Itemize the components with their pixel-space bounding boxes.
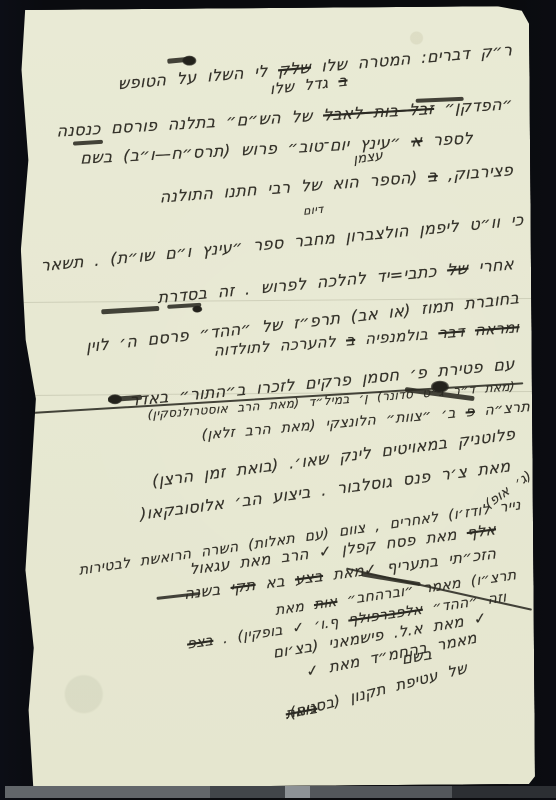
ink-blot: [182, 56, 196, 66]
handwriting-text: [465, 322, 475, 341]
ruler-segment: [452, 786, 556, 798]
crossed-out-word: דבר: [438, 322, 465, 342]
fold-creases: [17, 6, 529, 10]
ruler-segment: [210, 786, 285, 798]
ruler-segment: [310, 786, 452, 798]
handwriting-line: בואת: [218, 702, 318, 735]
handwriting-text: תרצ״ה: [475, 399, 530, 420]
ruler-segment: [285, 786, 310, 798]
handwriting-text: (הספר הוא של רבי חתנו התולנה: [160, 167, 428, 207]
crossed-out-word: ב: [338, 71, 348, 90]
crossed-out-word: אלף: [466, 520, 496, 542]
ruler-segment: [5, 786, 210, 798]
manuscript-page: ר״ק דברים: המטרה שלו שלק לי השלו על הטופ…: [17, 6, 535, 788]
handwriting-text: עצמן: [353, 148, 384, 167]
pen-strike-marks: [17, 6, 529, 10]
handwriting-line: דיום: [264, 204, 324, 222]
handwriting-text: פצירבוק,: [438, 160, 514, 185]
handwriting-text: מאת: [275, 597, 315, 619]
handwriting-text: אחרי: [468, 254, 514, 277]
handwriting-text: בולמנפיה: [355, 324, 438, 349]
handwriting-text: לספר: [422, 128, 473, 150]
ruler-bar: [5, 786, 556, 798]
handwriting-text: דיום: [303, 203, 324, 218]
photo-background: ר״ק דברים: המטרה שלו שלק לי השלו על הטופ…: [0, 0, 556, 800]
ink-blot: [108, 394, 122, 404]
crossed-out-word: ומראה: [475, 318, 520, 340]
ink-blots: [17, 6, 529, 10]
handwriting-line: פצירבוק, ב (הספר הוא של רבי חתנו התולנה: [35, 162, 514, 216]
crossed-out-word: אות: [313, 594, 338, 613]
handwriting-text: בשם: [401, 645, 433, 668]
crossed-out-word: ב: [346, 331, 355, 350]
handwriting-text: של הש״ם״ בתלנה פורסם כנסנה: [57, 106, 324, 141]
crossed-out-word: בצע: [294, 567, 323, 589]
strike-mark: [73, 140, 103, 146]
crossed-out-word: ב: [428, 166, 438, 186]
handwriting-text: בא: [255, 571, 296, 594]
handwriting-block: ר״ק דברים: המטרה שלו שלק לי השלו על הטופ…: [17, 6, 529, 10]
crossed-out-word: פ: [466, 404, 475, 421]
ink-blot: [192, 305, 202, 312]
crossed-out-word: בצפ: [187, 633, 214, 653]
handwriting-text: בשנה: [184, 579, 232, 603]
crossed-out-word: תקי: [230, 576, 256, 597]
crossed-out-word: של: [447, 258, 469, 279]
